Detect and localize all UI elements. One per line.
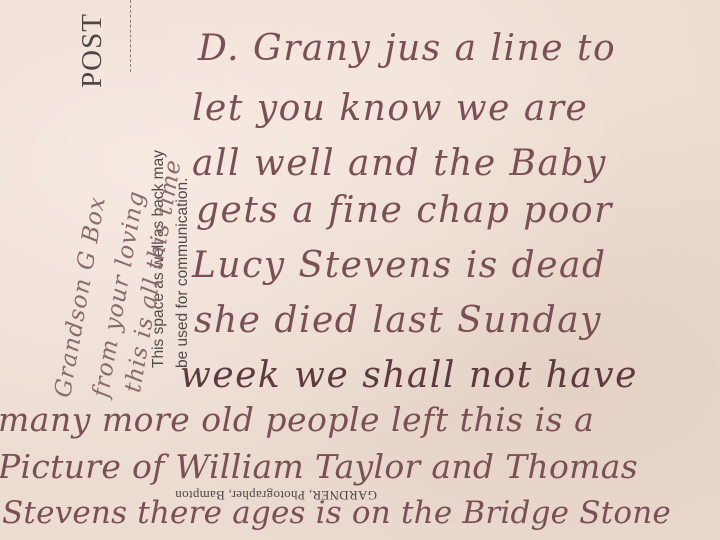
post-header: POST xyxy=(76,13,109,88)
divider-line xyxy=(130,0,131,72)
letter-line-7: week we shall not have xyxy=(180,355,638,396)
letter-line-1: D. Grany jus a line to xyxy=(198,28,616,69)
letter-line-2: let you know we are xyxy=(192,88,588,129)
letter-line-4: gets a fine chap poor xyxy=(196,190,613,231)
letter-line-10: Stevens there ages is on the Bridge Ston… xyxy=(2,495,671,531)
letter-line-8: many more old people left this is a xyxy=(0,400,594,439)
letter-line-5: Lucy Stevens is dead xyxy=(192,245,607,286)
letter-line-6: she died last Sunday xyxy=(194,300,602,341)
letter-line-3: all well and the Baby xyxy=(192,143,607,184)
letter-line-9: Picture of William Taylor and Thomas xyxy=(0,447,638,486)
